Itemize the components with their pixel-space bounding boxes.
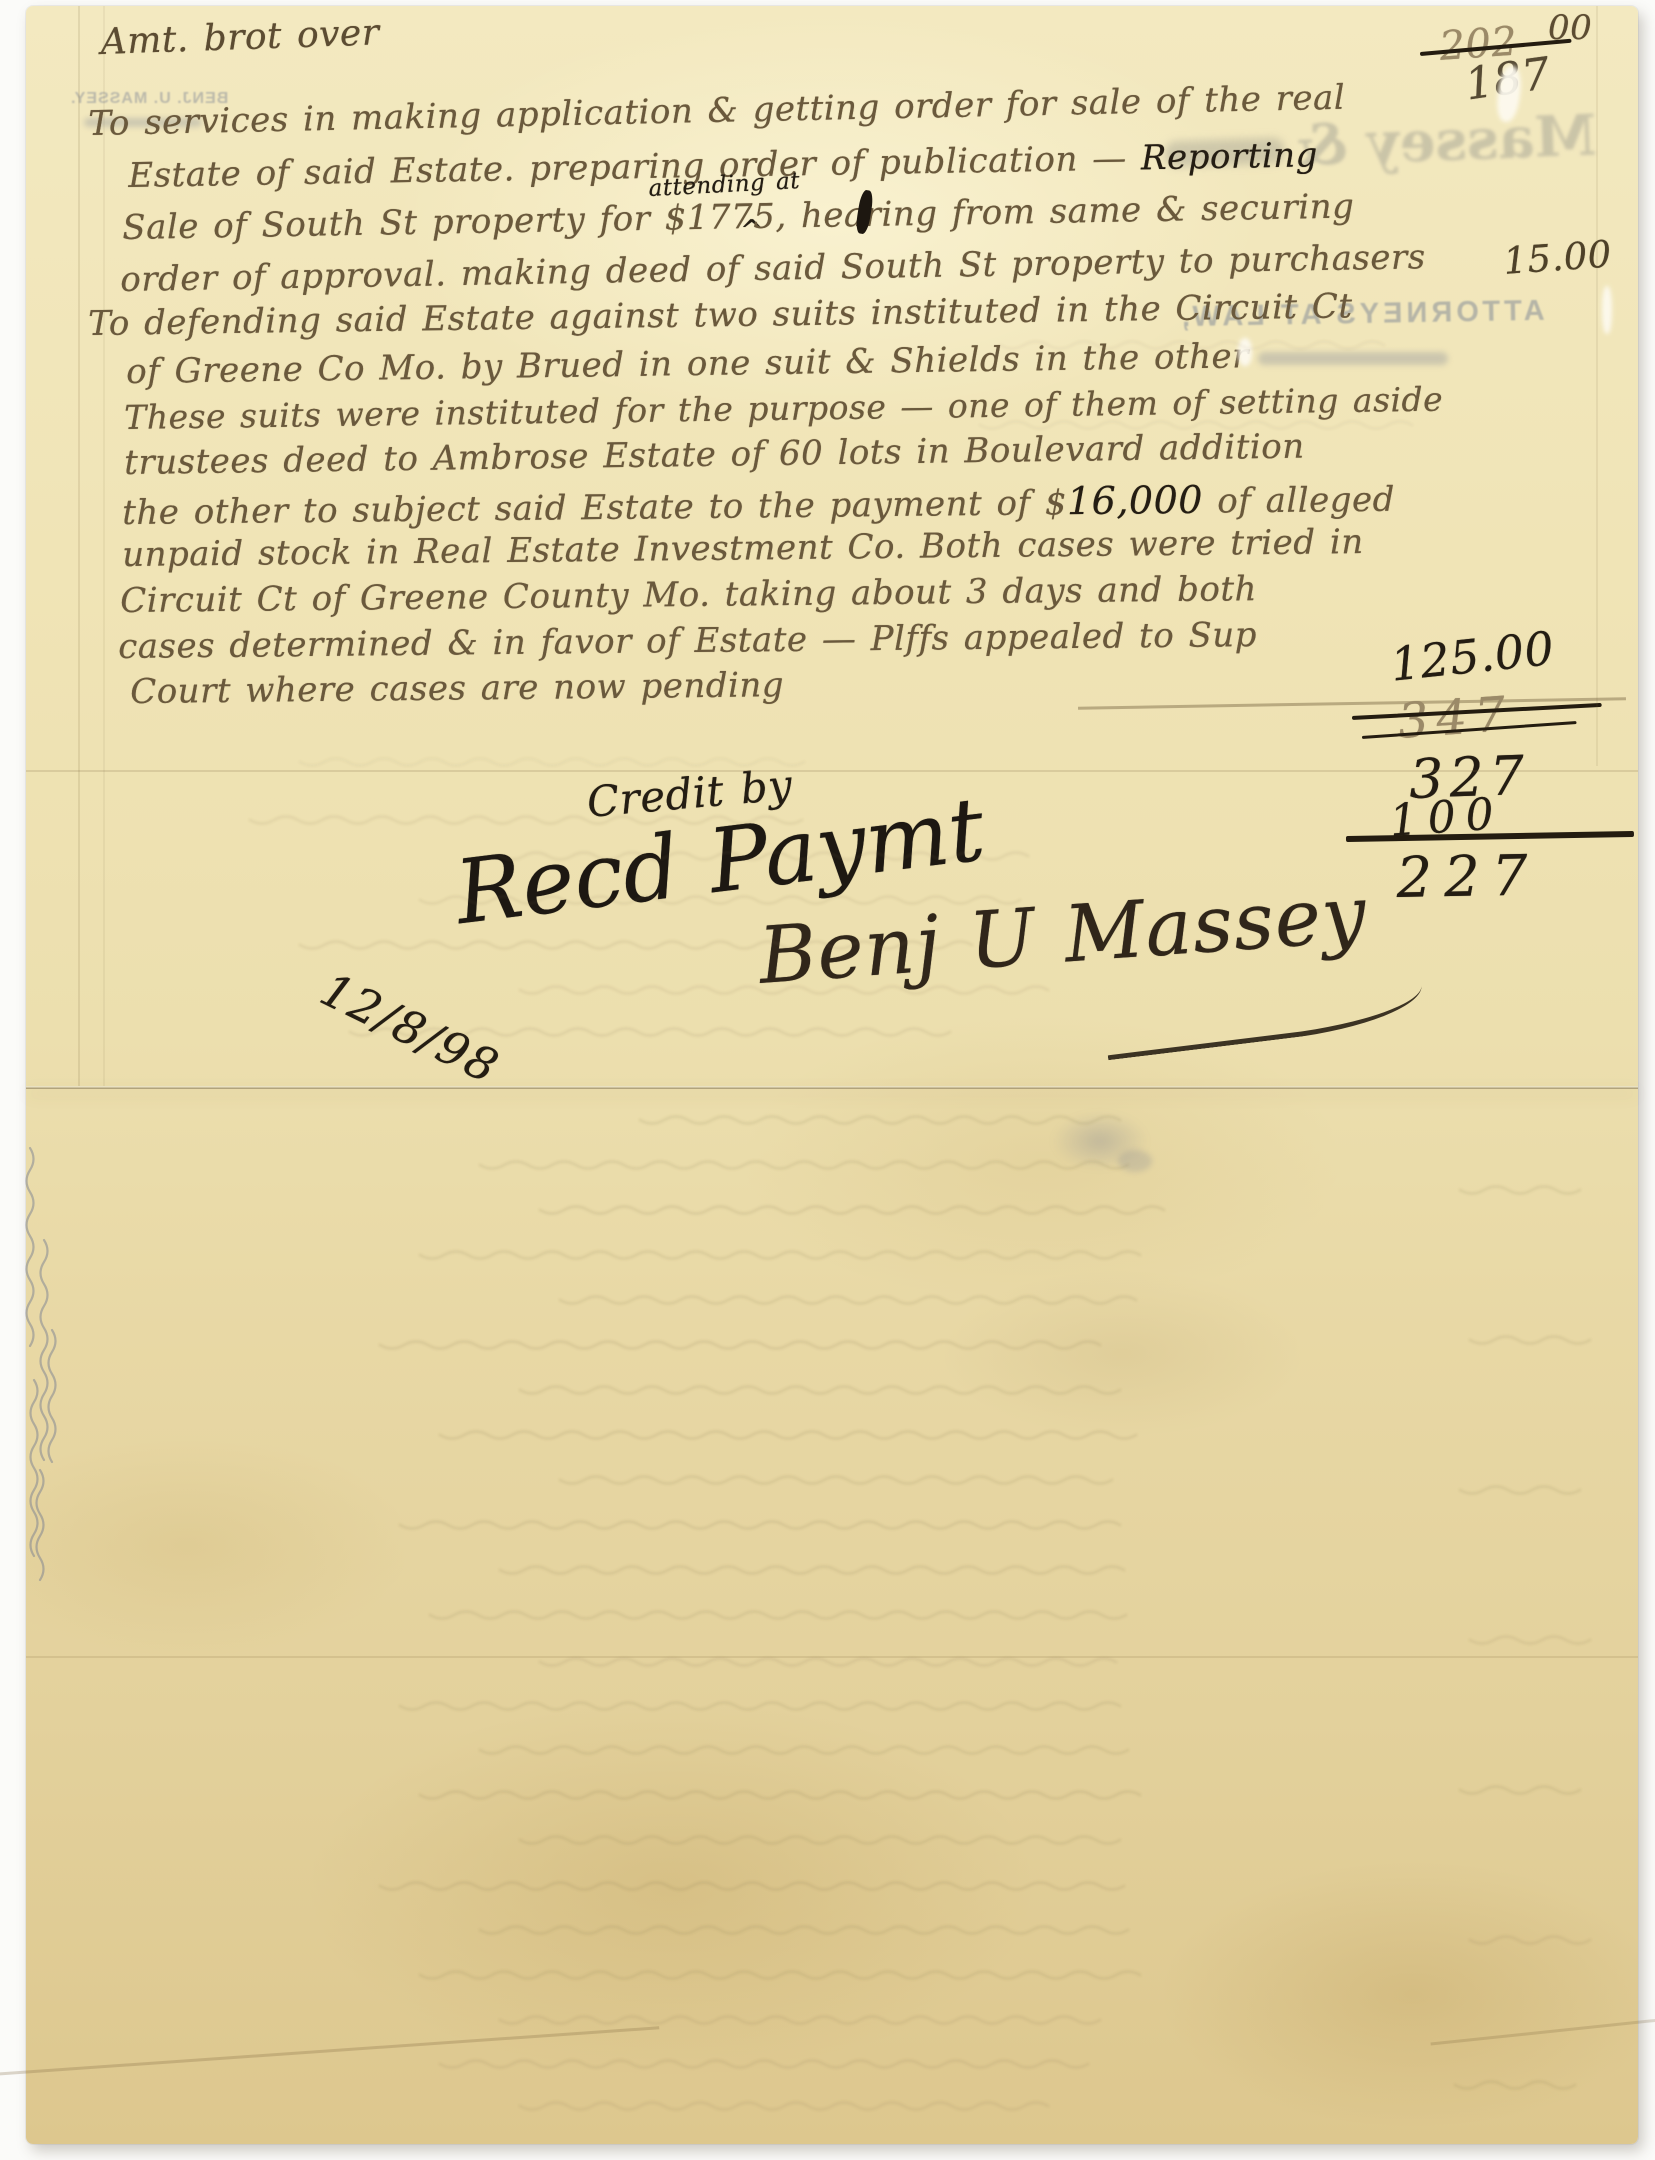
line-text-dark: Reporting [1141,135,1319,178]
item1-amount: 15.00 [1502,232,1613,282]
line-amount-dark: 16,000 [1067,478,1203,523]
bill-line: Court where cases are now pending [130,665,784,712]
letterhead-address-blob [1258,352,1448,365]
ink-stain-blue [1118,1150,1152,1172]
paper-fiber [1602,286,1612,334]
correction-speck [1238,338,1252,366]
scanned-document-page: Massey & ATTORNEYS AT LAW, BENJ. U. MASS… [0,0,1655,2160]
line-text: of alleged [1203,480,1395,522]
struck-subtotal: 347 [1396,686,1515,750]
balance-amount: 227 [1396,844,1540,911]
